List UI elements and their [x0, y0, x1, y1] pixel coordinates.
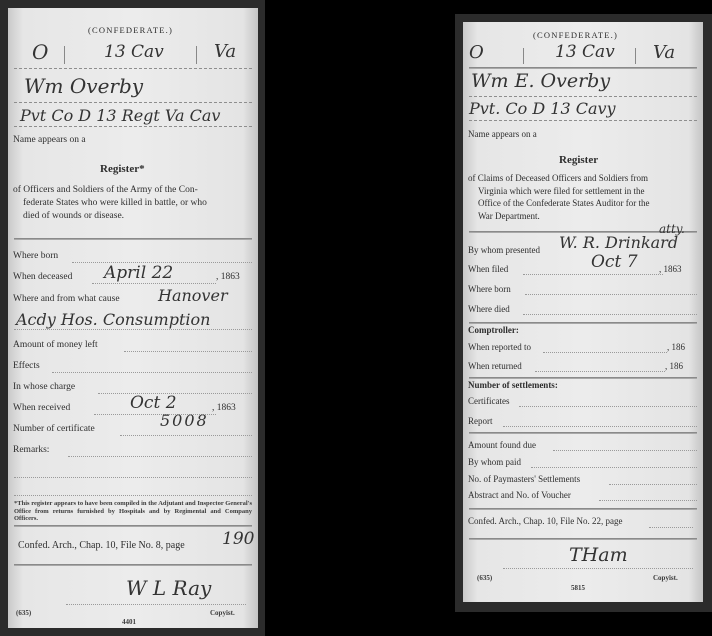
index-rule	[14, 68, 252, 69]
paymasters-line	[609, 484, 697, 485]
section-divider	[469, 432, 697, 434]
index-divider	[64, 46, 65, 64]
rank-unit: Pvt Co D 13 Regt Va Cav	[20, 106, 220, 125]
paid-by-line	[531, 467, 697, 468]
card-number: 5815	[571, 585, 585, 593]
where-cause-value-1: Hanover	[158, 286, 228, 305]
when-filed-year: , 1863	[659, 264, 682, 274]
section-divider	[469, 508, 697, 510]
name-appears-label: Name appears on a	[468, 129, 537, 139]
archive-divider	[469, 538, 697, 540]
where-born-label: Where born	[13, 251, 58, 261]
index-rule	[469, 67, 697, 69]
when-deceased-value: April 22	[104, 263, 173, 283]
index-divider	[635, 48, 636, 64]
when-deceased-line	[92, 283, 216, 284]
reported-year: , 186	[667, 342, 685, 352]
when-filed-line	[523, 274, 663, 275]
certificates-line	[519, 406, 697, 407]
remarks-line	[68, 456, 252, 457]
money-left-line	[124, 351, 252, 352]
report-label: Report	[468, 416, 493, 426]
archive-reference: Confed. Arch., Chap. 10, File No. 22, pa…	[468, 516, 622, 526]
index-state: Va	[214, 41, 236, 62]
effects-line	[52, 372, 252, 373]
when-received-value: Oct 2	[130, 393, 177, 413]
voucher-label: Abstract and No. of Voucher	[468, 490, 571, 500]
returned-line	[535, 371, 665, 372]
remarks-line	[14, 477, 252, 478]
card-header: (CONFEDERATE.)	[88, 25, 173, 35]
returned-label: When returned	[468, 361, 522, 371]
where-died-label: Where died	[468, 304, 510, 314]
effects-label: Effects	[13, 361, 40, 371]
index-regiment: 13 Cav	[104, 42, 164, 62]
remarks-line	[14, 495, 252, 496]
footnote-divider	[14, 525, 252, 527]
where-cause-line	[14, 329, 252, 330]
certificates-label: Certificates	[468, 396, 509, 406]
settlements-heading: Number of settlements:	[468, 380, 558, 390]
index-divider	[523, 48, 524, 64]
copyist-signature: W L Ray	[126, 576, 211, 600]
certificate-number-value: 5008	[160, 411, 209, 430]
register-title: Register*	[100, 163, 145, 175]
archive-page-line	[649, 527, 693, 528]
index-initial: O	[32, 40, 48, 64]
soldier-name: Wm E. Overby	[471, 70, 610, 92]
where-cause-value-2: Acdy Hos. Consumption	[16, 310, 210, 329]
copyist-line	[503, 568, 693, 569]
index-initial: O	[469, 42, 484, 63]
copyist-label: Copyist.	[210, 610, 235, 618]
name-appears-label: Name appears on a	[13, 135, 86, 145]
card-number: 4401	[122, 619, 136, 627]
name-rule	[469, 96, 697, 97]
presented-label: By whom presented	[468, 245, 540, 255]
comptroller-heading: Comptroller:	[468, 325, 519, 335]
archive-reference: Confed. Arch., Chap. 10, File No. 8, pag…	[18, 540, 185, 551]
rank-rule	[14, 126, 252, 127]
reported-line	[543, 352, 667, 353]
certificate-number-label: Number of certificate	[13, 424, 95, 434]
when-deceased-label: When deceased	[13, 272, 72, 282]
index-divider	[196, 46, 197, 64]
money-left-label: Amount of money left	[13, 340, 98, 350]
section-divider	[14, 238, 252, 240]
when-received-year: , 1863	[212, 403, 236, 413]
reported-label: When reported to	[468, 342, 531, 352]
copyist-line	[66, 604, 246, 605]
card-header: (CONFEDERATE.)	[533, 30, 618, 40]
soldier-name: Wm Overby	[24, 74, 143, 98]
paid-by-label: By whom paid	[468, 457, 521, 467]
archive-divider	[14, 564, 252, 566]
amount-due-line	[553, 450, 697, 451]
where-died-line	[523, 314, 697, 315]
name-rule	[14, 102, 252, 103]
remarks-label: Remarks:	[13, 445, 49, 455]
certificate-number-line	[120, 435, 252, 436]
when-received-label: When received	[13, 403, 70, 413]
section-divider	[469, 322, 697, 324]
report-line	[503, 426, 697, 427]
rank-rule	[469, 120, 697, 121]
index-state: Va	[653, 42, 675, 63]
when-deceased-year: , 1863	[216, 272, 240, 282]
form-number: (635)	[16, 610, 31, 618]
register-title: Register	[559, 154, 598, 166]
index-regiment: 13 Cav	[555, 42, 615, 62]
register-description: of Officers and Soldiers of the Army of …	[13, 184, 255, 223]
footnote: *This register appears to have been comp…	[14, 500, 252, 523]
when-filed-label: When filed	[468, 264, 508, 274]
rank-unit: Pvt. Co D 13 Cavy	[469, 99, 616, 118]
where-born-line	[525, 294, 697, 295]
whose-charge-label: In whose charge	[13, 382, 75, 392]
copyist-signature: THam	[569, 544, 628, 566]
archive-page: 190	[222, 529, 254, 549]
copyist-label: Copyist.	[653, 575, 678, 583]
section-divider	[469, 377, 697, 379]
register-description: of Claims of Deceased Officers and Soldi…	[468, 172, 700, 222]
right-card: (CONFEDERATE.) O 13 Cav Va Wm E. Overby …	[463, 22, 703, 602]
left-card: (CONFEDERATE.) O 13 Cav Va Wm Overby Pvt…	[8, 8, 258, 628]
voucher-line	[599, 500, 697, 501]
form-number: (635)	[477, 575, 492, 583]
when-filed-value: Oct 7	[591, 252, 638, 272]
where-born-label: Where born	[468, 284, 511, 294]
presented-value: W. R. Drinkard	[559, 233, 678, 252]
returned-year: , 186	[665, 361, 683, 371]
where-cause-label: Where and from what cause	[13, 294, 120, 304]
paymasters-label: No. of Paymasters' Settlements	[468, 474, 580, 484]
amount-due-label: Amount found due	[468, 440, 536, 450]
